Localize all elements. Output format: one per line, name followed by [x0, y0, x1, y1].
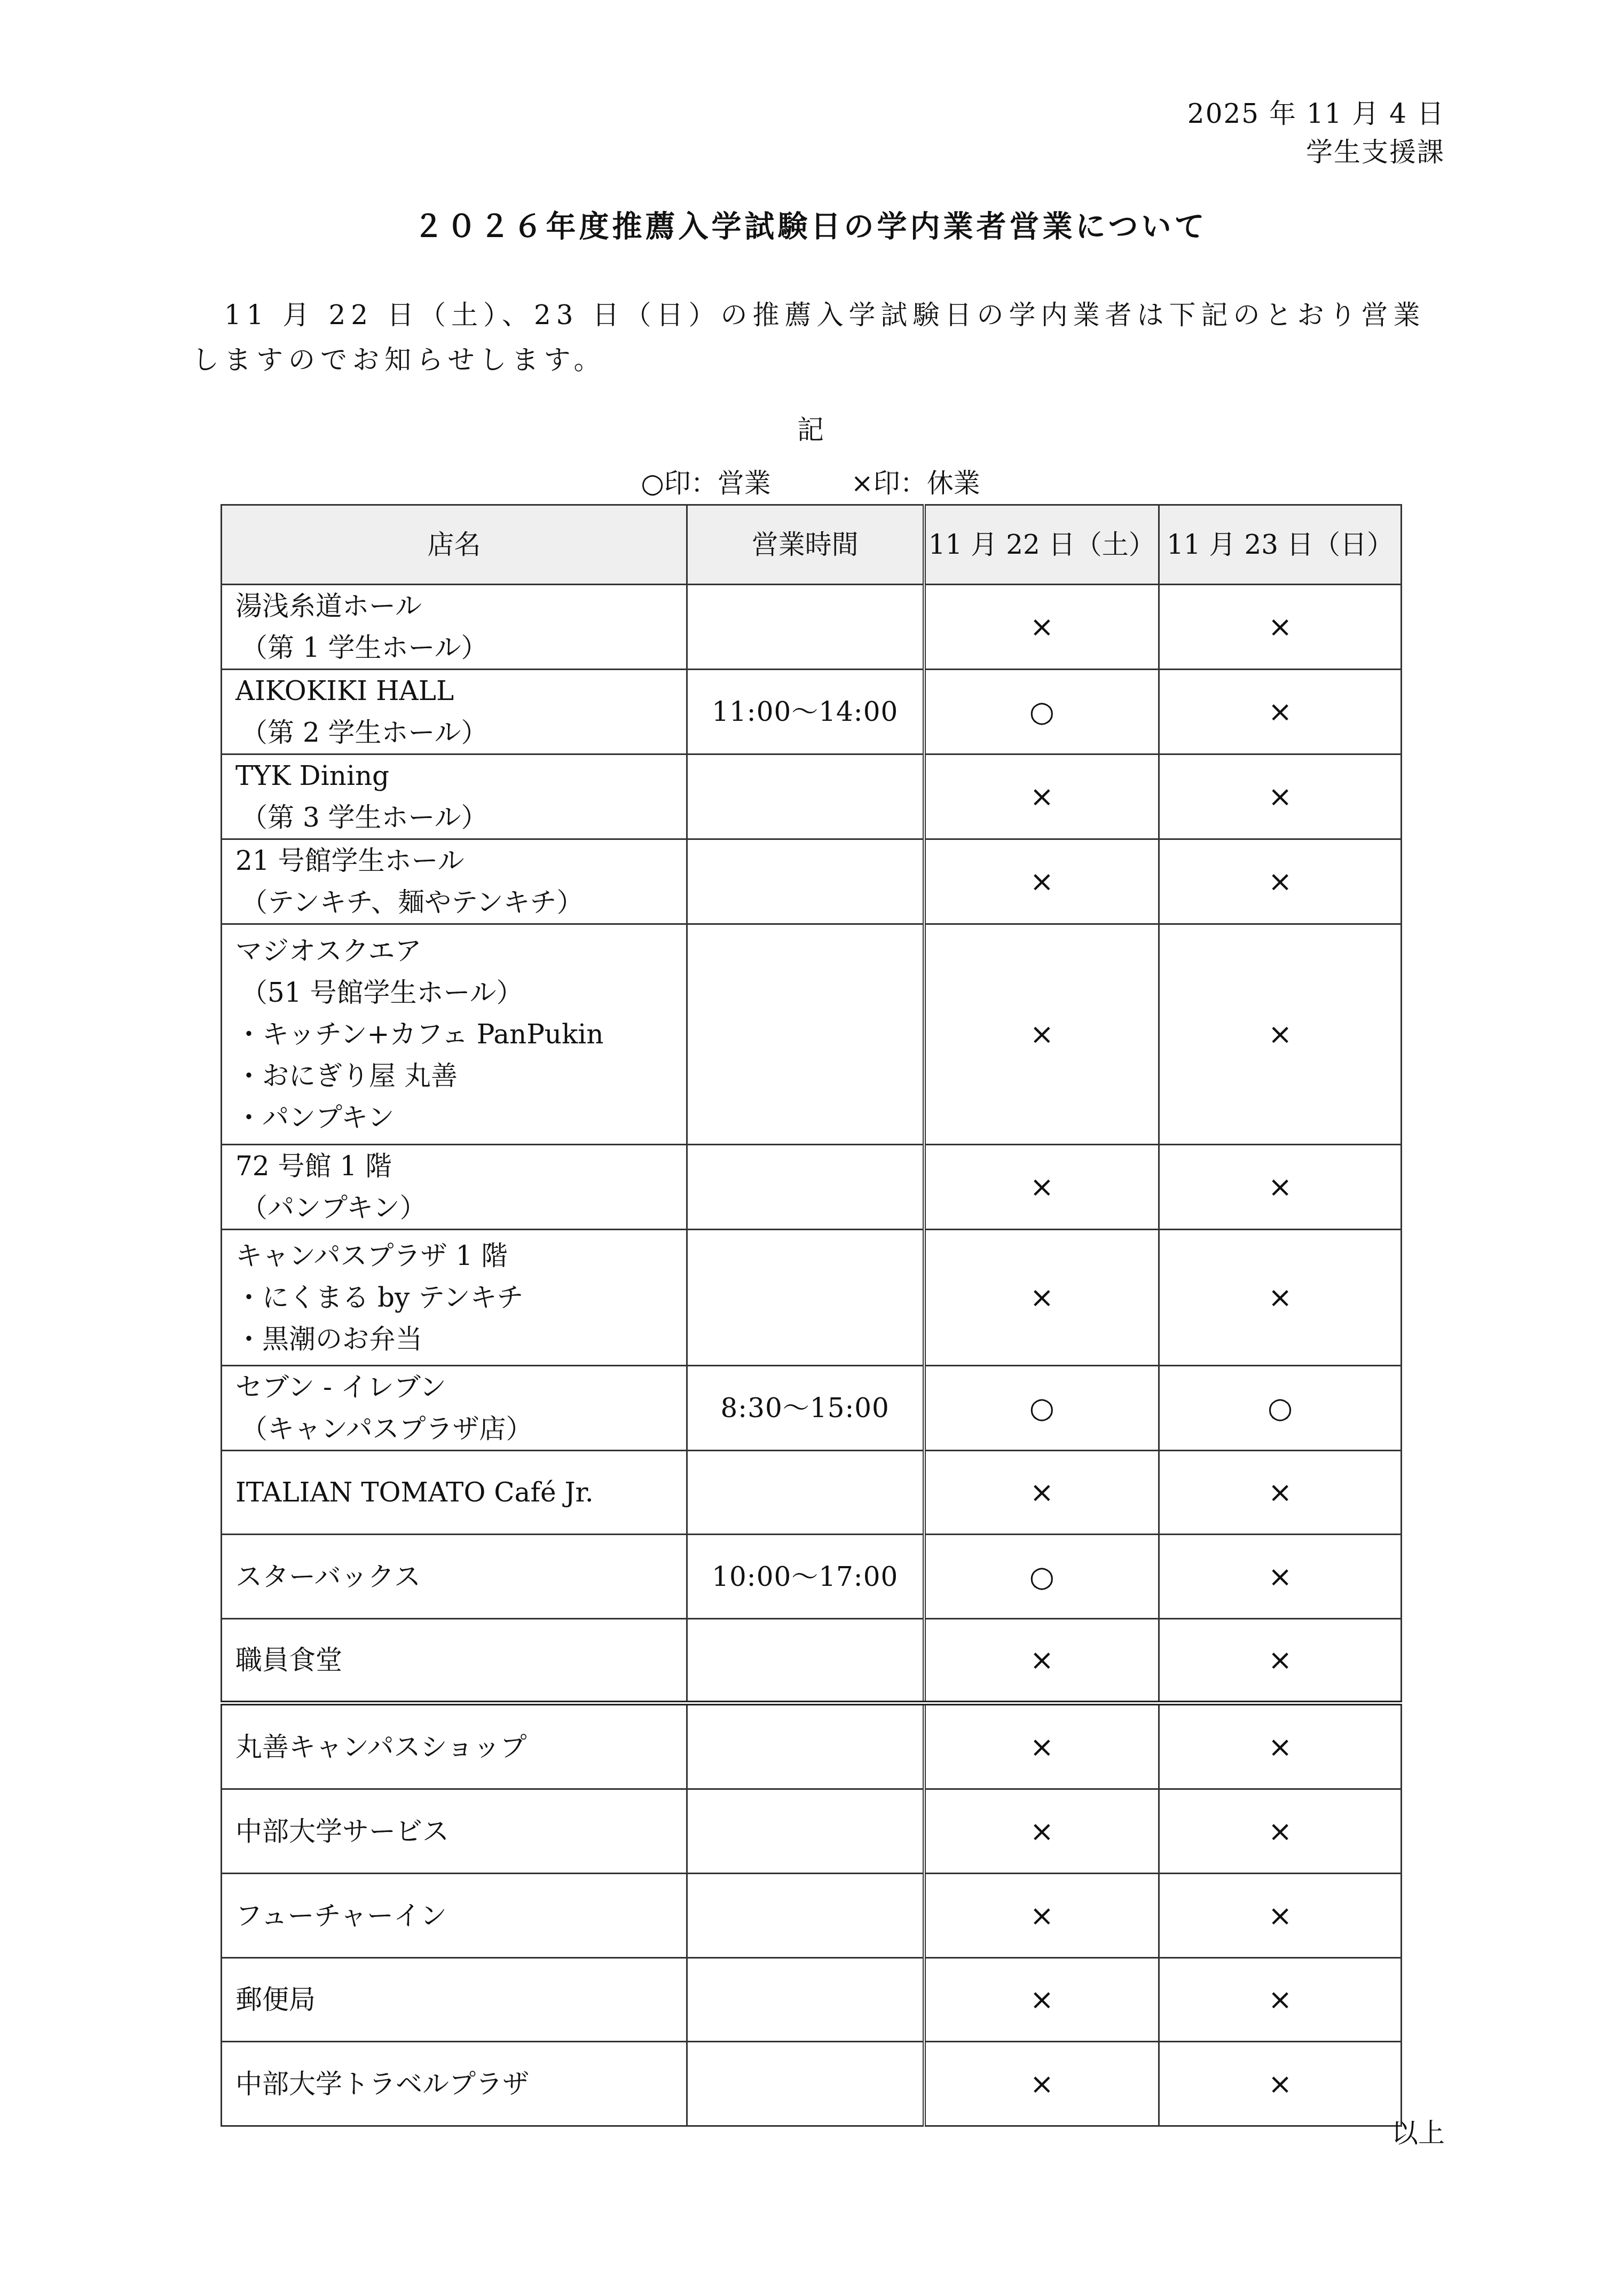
- hours-cell: [687, 1958, 924, 2042]
- shop-name: セブン - イレブン: [235, 1366, 686, 1408]
- shop-name: 中部大学トラベルプラザ: [235, 2063, 686, 2105]
- status-nov23: ×: [1159, 1874, 1402, 1958]
- legend-closed: ×印：休業: [851, 465, 980, 502]
- status-nov22: ×: [924, 1789, 1159, 1874]
- shop-name: 湯浅糸道ホール: [235, 585, 686, 627]
- column-header-shop-name: 店名: [222, 505, 687, 585]
- status-nov23: ×: [1159, 839, 1402, 924]
- shop-location: （テンキチ、麺やテンキチ）: [235, 882, 686, 923]
- shop-name-cell: 職員食堂: [222, 1619, 687, 1703]
- document-title: ２０２６年度推薦入学試験日の学内業者営業について: [0, 206, 1621, 248]
- status-nov23: ×: [1159, 2042, 1402, 2126]
- shop-name: TYK Dining: [235, 755, 686, 797]
- table-row: 中部大学サービス××: [222, 1789, 1402, 1874]
- status-nov23: ×: [1159, 1789, 1402, 1874]
- legend-open: ○印：営業: [641, 465, 771, 502]
- status-nov22: ×: [924, 1619, 1159, 1703]
- status-nov22: ×: [924, 1874, 1159, 1958]
- shop-name-cell: スターバックス: [222, 1535, 687, 1619]
- shop-name-cell: キャンパスプラザ 1 階・にくまる by テンキチ・黒潮のお弁当: [222, 1230, 687, 1366]
- table-row: キャンパスプラザ 1 階・にくまる by テンキチ・黒潮のお弁当××: [222, 1230, 1402, 1366]
- status-nov22: ×: [924, 1230, 1159, 1366]
- status-nov23: ×: [1159, 754, 1402, 839]
- status-nov22: ×: [924, 1958, 1159, 2042]
- shop-name: 72 号館 1 階: [235, 1145, 686, 1187]
- hours-cell: [687, 1451, 924, 1535]
- shop-sub-item: ・キッチン+カフェ PanPukin: [235, 1013, 686, 1055]
- hours-cell: [687, 1789, 924, 1874]
- status-nov22: ×: [924, 1703, 1159, 1789]
- shop-sub-item: ・おにぎり屋 丸善: [235, 1055, 686, 1097]
- status-nov22: ×: [924, 585, 1159, 670]
- legend: ○印：営業×印：休業: [0, 465, 1621, 502]
- table-row: 21 号館学生ホール（テンキチ、麺やテンキチ）××: [222, 839, 1402, 924]
- status-nov23: ○: [1159, 1366, 1402, 1451]
- issue-date: 2025 年 11 月 4 日: [1187, 95, 1445, 132]
- hours-cell: [687, 585, 924, 670]
- hours-cell: [687, 924, 924, 1145]
- shop-sub-item: ・パンプキン: [235, 1097, 686, 1138]
- table-row: フューチャーイン××: [222, 1874, 1402, 1958]
- status-nov23: ×: [1159, 1145, 1402, 1230]
- table-row: セブン - イレブン（キャンパスプラザ店）8:30〜15:00○○: [222, 1366, 1402, 1451]
- column-header-nov22: 11 月 22 日（土）: [924, 505, 1159, 585]
- shop-name: 中部大学サービス: [235, 1811, 686, 1852]
- hours-cell: 8:30〜15:00: [687, 1366, 924, 1451]
- hours-cell: [687, 2042, 924, 2126]
- business-hours-table: 店名 営業時間 11 月 22 日（土） 11 月 23 日（日） 湯浅糸道ホー…: [221, 504, 1400, 2127]
- closing-mark: 以上: [1391, 2114, 1445, 2152]
- status-nov23: ×: [1159, 1535, 1402, 1619]
- table-row: 郵便局××: [222, 1958, 1402, 2042]
- shop-location: （キャンパスプラザ店）: [235, 1408, 686, 1450]
- table-header-row: 店名 営業時間 11 月 22 日（土） 11 月 23 日（日）: [222, 505, 1402, 585]
- shop-name-cell: ITALIAN TOMATO Café Jr.: [222, 1451, 687, 1535]
- status-nov22: ×: [924, 924, 1159, 1145]
- status-nov22: ×: [924, 754, 1159, 839]
- table-row: TYK Dining（第 3 学生ホール）××: [222, 754, 1402, 839]
- shop-sub-item: ・黒潮のお弁当: [235, 1318, 686, 1360]
- table-row: ITALIAN TOMATO Café Jr.××: [222, 1451, 1402, 1535]
- shop-name-cell: TYK Dining（第 3 学生ホール）: [222, 754, 687, 839]
- shop-name: 21 号館学生ホール: [235, 840, 686, 882]
- shop-name-cell: 湯浅糸道ホール（第 1 学生ホール）: [222, 585, 687, 670]
- shop-name-cell: セブン - イレブン（キャンパスプラザ店）: [222, 1366, 687, 1451]
- shop-name-cell: 郵便局: [222, 1958, 687, 2042]
- shop-name-cell: 丸善キャンパスショップ: [222, 1703, 687, 1789]
- table-row: 丸善キャンパスショップ××: [222, 1703, 1402, 1789]
- hours-cell: [687, 754, 924, 839]
- shop-sub-item: ・にくまる by テンキチ: [235, 1277, 686, 1318]
- table-row: AIKOKIKI HALL（第 2 学生ホール）11:00〜14:00○×: [222, 670, 1402, 754]
- table-row: 中部大学トラベルプラザ××: [222, 2042, 1402, 2126]
- issuing-department: 学生支援課: [1306, 133, 1445, 171]
- table-body: 湯浅糸道ホール（第 1 学生ホール）××AIKOKIKI HALL（第 2 学生…: [222, 585, 1402, 2126]
- intro-paragraph: 11 月 22 日（土）、23 日（日）の推薦入学試験日の学内業者は下記のとおり…: [192, 293, 1442, 382]
- shop-name: 郵便局: [235, 1979, 686, 2020]
- shop-name-cell: 72 号館 1 階（パンプキン）: [222, 1145, 687, 1230]
- shop-location: （第 1 学生ホール）: [235, 627, 686, 669]
- shop-name-cell: AIKOKIKI HALL（第 2 学生ホール）: [222, 670, 687, 754]
- status-nov23: ×: [1159, 1703, 1402, 1789]
- status-nov23: ×: [1159, 1958, 1402, 2042]
- document-page: 2025 年 11 月 4 日 学生支援課 ２０２６年度推薦入学試験日の学内業者…: [0, 0, 1621, 2296]
- status-nov23: ×: [1159, 585, 1402, 670]
- status-nov23: ×: [1159, 1619, 1402, 1703]
- column-header-nov23: 11 月 23 日（日）: [1159, 505, 1402, 585]
- shop-name: マジオスクエア: [235, 930, 686, 972]
- hours-cell: [687, 839, 924, 924]
- hours-cell: [687, 1145, 924, 1230]
- shop-name: 職員食堂: [235, 1639, 686, 1681]
- shop-name: 丸善キャンパスショップ: [235, 1726, 686, 1768]
- status-nov22: ○: [924, 670, 1159, 754]
- shop-name: キャンパスプラザ 1 階: [235, 1235, 686, 1277]
- hours-cell: [687, 1703, 924, 1789]
- status-nov23: ×: [1159, 1451, 1402, 1535]
- status-nov22: ×: [924, 2042, 1159, 2126]
- hours-cell: [687, 1619, 924, 1703]
- hours-cell: 10:00〜17:00: [687, 1535, 924, 1619]
- shop-location: （51 号館学生ホール）: [235, 972, 686, 1013]
- shop-name: ITALIAN TOMATO Café Jr.: [235, 1472, 686, 1513]
- status-nov23: ×: [1159, 670, 1402, 754]
- column-header-hours: 営業時間: [687, 505, 924, 585]
- hours-cell: [687, 1230, 924, 1366]
- status-nov22: ○: [924, 1366, 1159, 1451]
- hours-cell: 11:00〜14:00: [687, 670, 924, 754]
- status-nov22: ○: [924, 1535, 1159, 1619]
- shop-name-cell: マジオスクエア（51 号館学生ホール）・キッチン+カフェ PanPukin・おに…: [222, 924, 687, 1145]
- status-nov22: ×: [924, 1451, 1159, 1535]
- shop-name-cell: 21 号館学生ホール（テンキチ、麺やテンキチ）: [222, 839, 687, 924]
- shop-name: スターバックス: [235, 1556, 686, 1598]
- table-row: 職員食堂××: [222, 1619, 1402, 1703]
- table-row: 湯浅糸道ホール（第 1 学生ホール）××: [222, 585, 1402, 670]
- hours-cell: [687, 1874, 924, 1958]
- status-nov23: ×: [1159, 924, 1402, 1145]
- shop-location: （第 2 学生ホール）: [235, 712, 686, 753]
- status-nov23: ×: [1159, 1230, 1402, 1366]
- status-nov22: ×: [924, 1145, 1159, 1230]
- shop-name-cell: フューチャーイン: [222, 1874, 687, 1958]
- shop-location: （パンプキン）: [235, 1187, 686, 1229]
- shop-name-cell: 中部大学トラベルプラザ: [222, 2042, 687, 2126]
- table-row: マジオスクエア（51 号館学生ホール）・キッチン+カフェ PanPukin・おに…: [222, 924, 1402, 1145]
- shop-name-cell: 中部大学サービス: [222, 1789, 687, 1874]
- ki-heading: 記: [0, 411, 1621, 449]
- shop-name: フューチャーイン: [235, 1895, 686, 1937]
- table-row: スターバックス10:00〜17:00○×: [222, 1535, 1402, 1619]
- shop-location: （第 3 学生ホール）: [235, 797, 686, 838]
- table-row: 72 号館 1 階（パンプキン）××: [222, 1145, 1402, 1230]
- shop-name: AIKOKIKI HALL: [235, 670, 686, 712]
- status-nov22: ×: [924, 839, 1159, 924]
